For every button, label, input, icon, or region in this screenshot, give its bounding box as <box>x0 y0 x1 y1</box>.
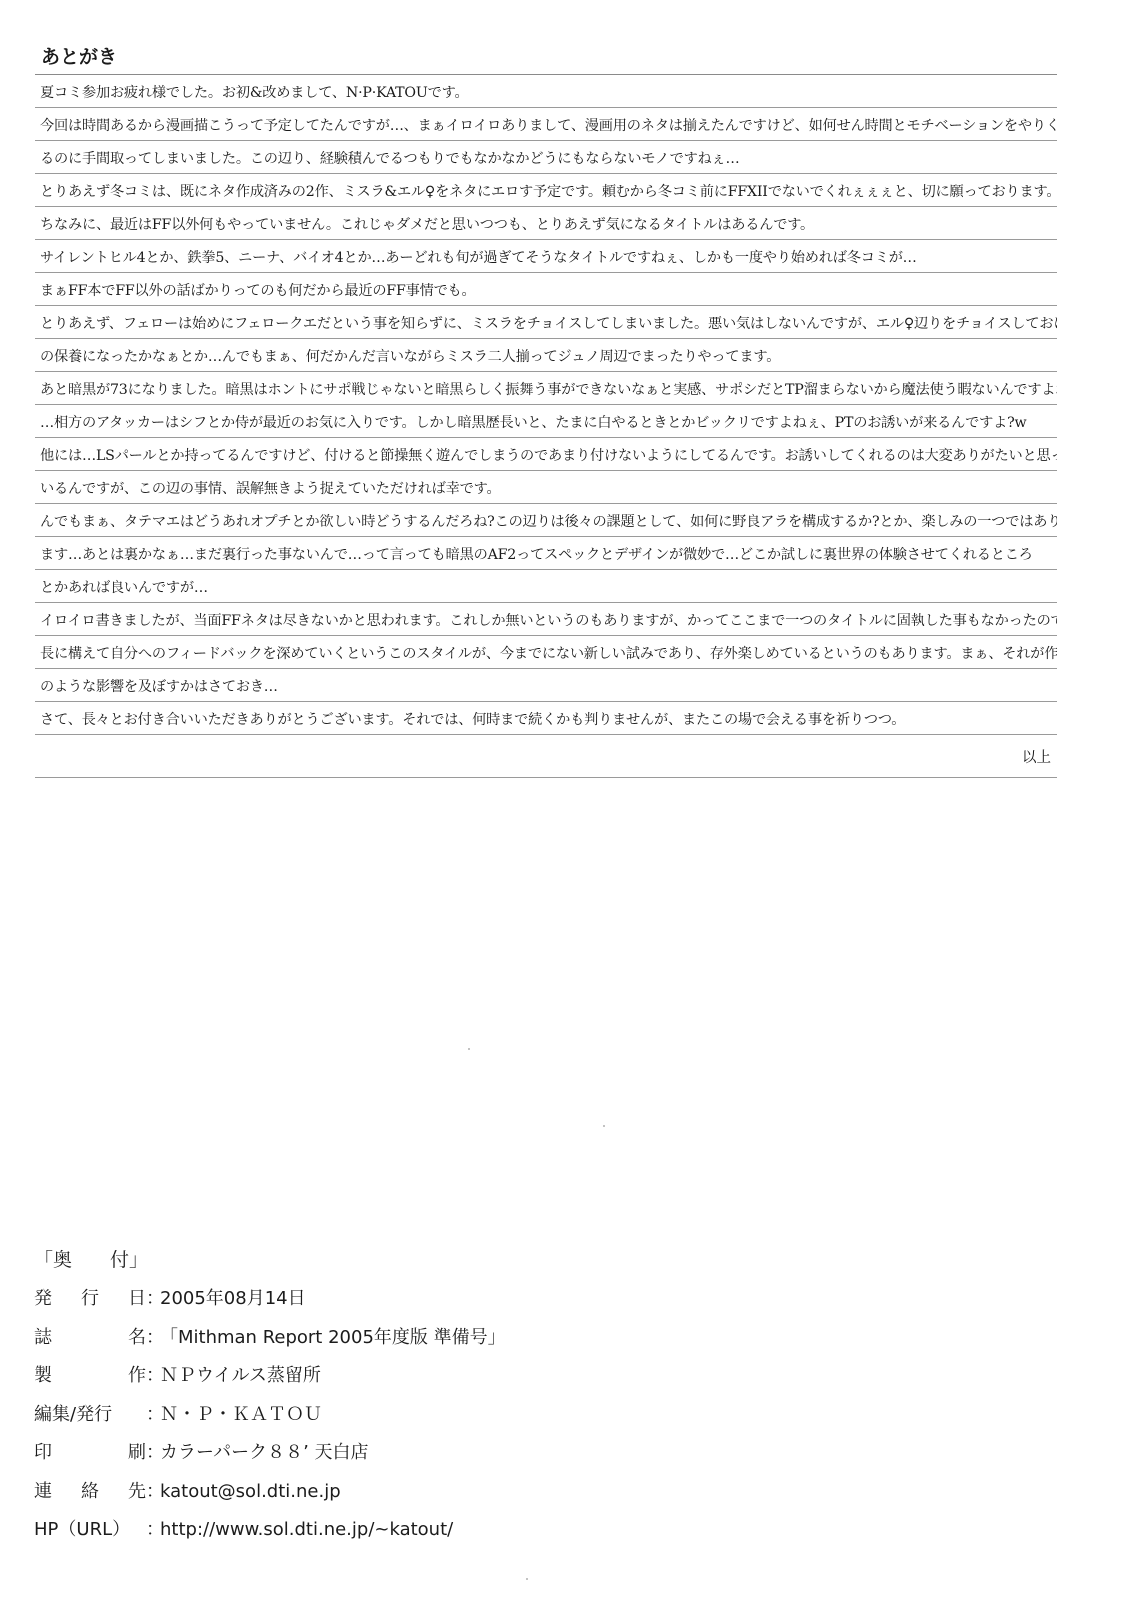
colophon-colon: ： <box>146 1434 160 1473</box>
paper-speck <box>526 1578 528 1580</box>
colophon-label-char: HP（URL） <box>34 1511 130 1550</box>
colophon-label-char: 製 <box>34 1357 52 1396</box>
paper-speck <box>603 1125 605 1127</box>
afterword-line: ます…あとは裏かなぁ…まだ裏行った事ないんで…って言っても暗黒のAF2ってスペッ… <box>35 537 1057 570</box>
colophon-value: http://www.sol.dti.ne.jp/~katout/ <box>160 1511 453 1550</box>
afterword-line: とりあえず冬コミは、既にネタ作成済みの2作、ミスラ&エル♀をネタにエロす予定です… <box>35 174 1057 207</box>
colophon-label-char: 行 <box>81 1280 99 1319</box>
colophon-colon: ： <box>146 1357 160 1396</box>
colophon-value: 2005年08月14日 <box>160 1280 306 1319</box>
afterword-line: いるんですが、この辺の事情、誤解無きよう捉えていただければ幸です。 <box>35 471 1057 504</box>
afterword-line: のような影響を及ぼすかはさておき… <box>35 669 1057 702</box>
colophon-colon: ： <box>146 1396 160 1435</box>
colophon-label-char: 印 <box>34 1434 52 1473</box>
afterword-line: 他には…LSパールとか持ってるんですけど、付けると節操無く遊んでしまうのであまり… <box>35 438 1057 471</box>
colophon-row: 連絡先：katout@sol.dti.ne.jp <box>34 1473 634 1512</box>
colophon-value: カラーパーク８８’ 天白店 <box>160 1434 369 1473</box>
colophon-row: 印刷：カラーパーク８８’ 天白店 <box>34 1434 634 1473</box>
afterword-line: とりあえず、フェローは始めにフェロークエだという事を知らずに、ミスラをチョイスし… <box>35 306 1057 339</box>
colophon-label: 発行日 <box>34 1280 146 1319</box>
afterword-title: あとがき <box>35 40 1057 75</box>
colophon-label-char: 誌 <box>34 1319 52 1358</box>
colophon-row: 編集/発行：Ｎ・Ｐ・ＫＡＴＯＵ <box>34 1396 634 1435</box>
closing-line: 以上 <box>35 735 1057 778</box>
afterword-line: 今回は時間あるから漫画描こうって予定してたんですが…、まぁイロイロありまして、漫… <box>35 108 1057 141</box>
colophon-title: 「奥 付」 <box>34 1240 634 1280</box>
colophon-row: 製作：ＮＰウイルス蒸留所 <box>34 1357 634 1396</box>
colophon-row: HP（URL）：http://www.sol.dti.ne.jp/~katout… <box>34 1511 634 1550</box>
afterword-line: るのに手間取ってしまいました。この辺り、経験積んでるつもりでもなかなかどうにもな… <box>35 141 1057 174</box>
closing-text: 以上 <box>1022 750 1051 766</box>
colophon-row: 誌名：「Mithman Report 2005年度版 準備号」 <box>34 1319 634 1358</box>
colophon-label: 連絡先 <box>34 1473 146 1512</box>
colophon-label-char: 作 <box>128 1357 146 1396</box>
colophon-row: 発行日：2005年08月14日 <box>34 1280 634 1319</box>
colophon-label: 編集/発行 <box>34 1396 146 1435</box>
colophon-colon: ： <box>146 1511 160 1550</box>
colophon-label: HP（URL） <box>34 1511 146 1550</box>
afterword-line: ちなみに、最近はFF以外何もやっていません。これじゃダメだと思いつつも、とりあえ… <box>35 207 1057 240</box>
colophon-label: 誌名 <box>34 1319 146 1358</box>
colophon-colon: ： <box>146 1280 160 1319</box>
colophon-value: Ｎ・Ｐ・ＫＡＴＯＵ <box>160 1396 322 1435</box>
afterword-body: 夏コミ参加お疲れ様でした。お初&改めまして、N·P·KATOUです。今回は時間あ… <box>35 75 1057 735</box>
colophon-colon: ： <box>146 1473 160 1512</box>
colophon-value: ＮＰウイルス蒸留所 <box>160 1357 321 1396</box>
colophon-label: 印刷 <box>34 1434 146 1473</box>
afterword-line: さて、長々とお付き合いいただきありがとうございます。それでは、何時まで続くかも判… <box>35 702 1057 735</box>
colophon-label-char: 名 <box>128 1319 146 1358</box>
colophon-label-char: 先 <box>128 1473 146 1512</box>
paper-speck <box>468 1048 470 1050</box>
colophon-value: katout@sol.dti.ne.jp <box>160 1473 341 1512</box>
afterword-line: の保養になったかなぁとか…んでもまぁ、何だかんだ言いながらミスラ二人揃ってジュノ… <box>35 339 1057 372</box>
afterword-line: 夏コミ参加お疲れ様でした。お初&改めまして、N·P·KATOUです。 <box>35 75 1057 108</box>
colophon-label: 製作 <box>34 1357 146 1396</box>
afterword-line: …相方のアタッカーはシフとか侍が最近のお気に入りです。しかし暗黒歴長いと、たまに… <box>35 405 1057 438</box>
afterword-line: イロイロ書きましたが、当面FFネタは尽きないかと思われます。これしか無いというの… <box>35 603 1057 636</box>
colophon-value: 「Mithman Report 2005年度版 準備号」 <box>160 1319 506 1358</box>
colophon-rows: 発行日：2005年08月14日誌名：「Mithman Report 2005年度… <box>34 1280 634 1550</box>
afterword-line: んでもまぁ、タテマエはどうあれオプチとか欲しい時どうするんだろね?この辺りは後々… <box>35 504 1057 537</box>
colophon-colon: ： <box>146 1319 160 1358</box>
colophon-label-char: 連 <box>34 1473 52 1512</box>
afterword-line: 長に構えて自分へのフィードバックを深めていくというこのスタイルが、今までにない新… <box>35 636 1057 669</box>
afterword-line: あと暗黒が73になりました。暗黒はホントにサポ戦じゃないと暗黒らしく振舞う事がで… <box>35 372 1057 405</box>
colophon-label-char: 絡 <box>81 1473 99 1512</box>
colophon-label-char: 編集/発行 <box>34 1396 112 1435</box>
afterword-line: とかあれば良いんですが… <box>35 570 1057 603</box>
afterword-line: まぁFF本でFF以外の話ばかりってのも何だから最近のFF事情でも。 <box>35 273 1057 306</box>
afterword-line: サイレントヒル4とか、鉄拳5、ニーナ、バイオ4とか…あーどれも旬が過ぎてそうなタ… <box>35 240 1057 273</box>
colophon-label-char: 発 <box>34 1280 52 1319</box>
colophon-label-char: 刷 <box>128 1434 146 1473</box>
colophon-label-char: 日 <box>128 1280 146 1319</box>
colophon-section: 「奥 付」 発行日：2005年08月14日誌名：「Mithman Report … <box>34 1240 634 1550</box>
afterword-section: あとがき 夏コミ参加お疲れ様でした。お初&改めまして、N·P·KATOUです。今… <box>35 40 1057 778</box>
